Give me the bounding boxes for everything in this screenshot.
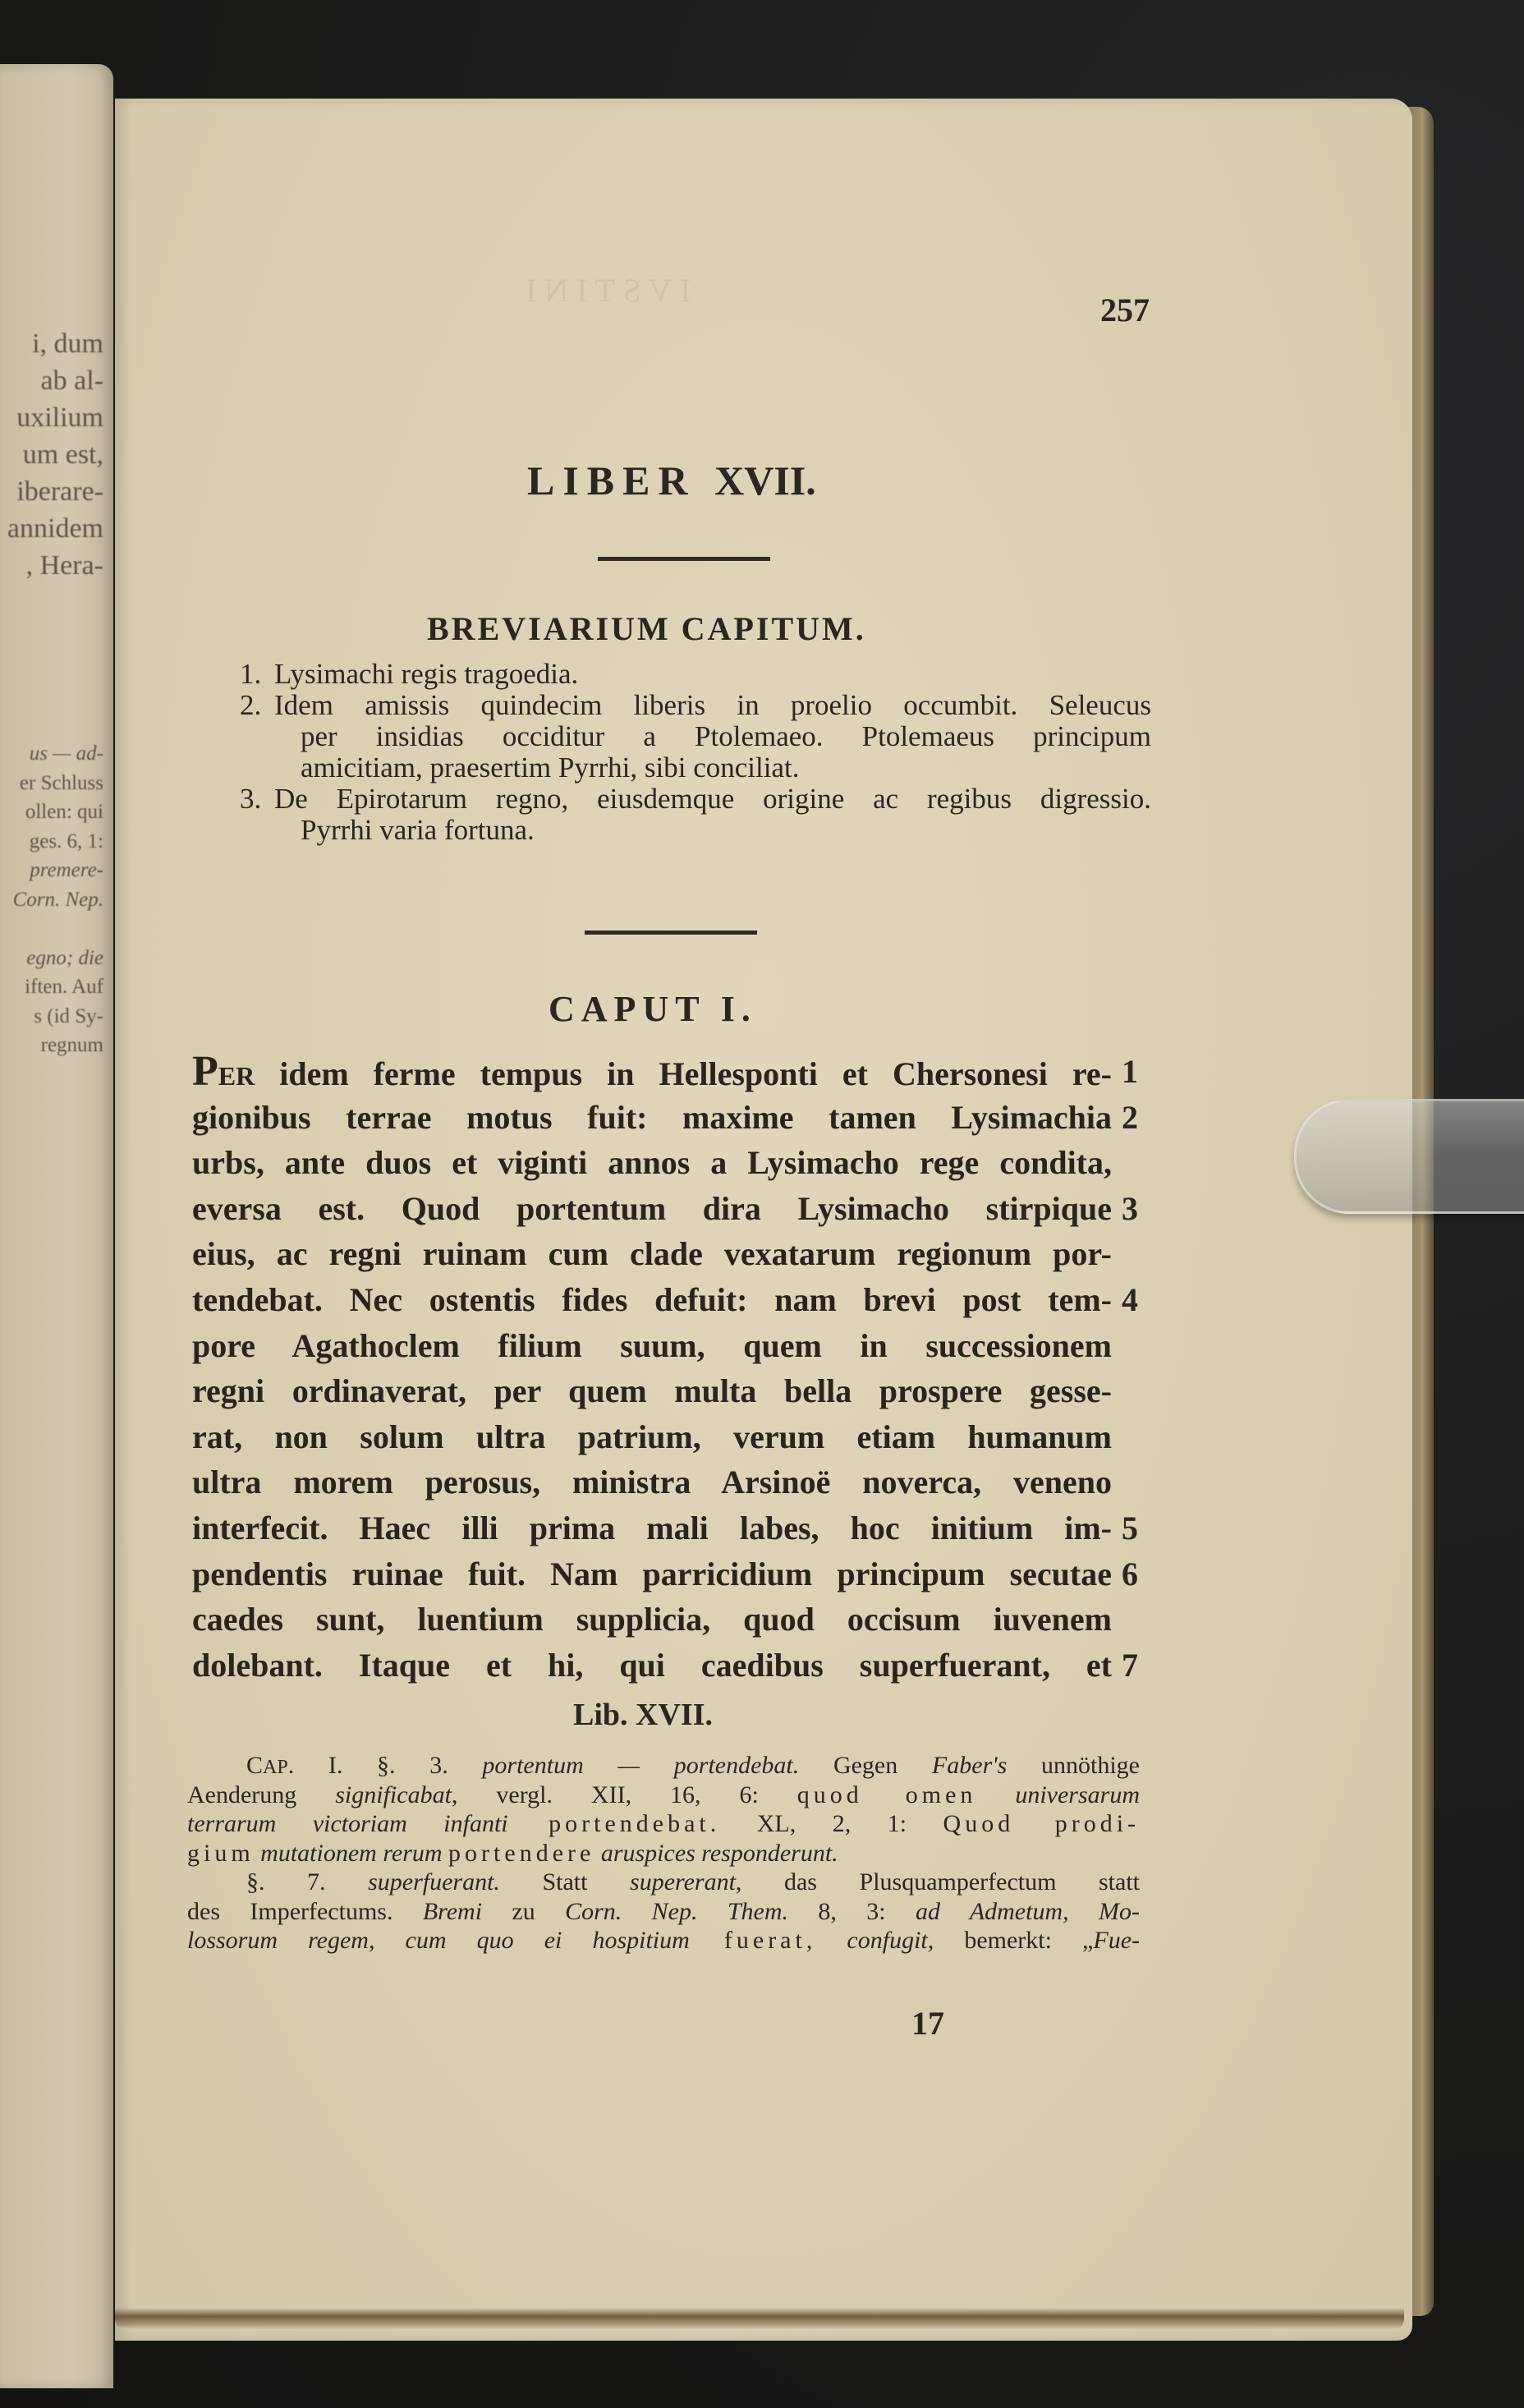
water-stain	[115, 2308, 1404, 2329]
item-number: 1.	[240, 659, 261, 690]
section-number: 2	[1122, 1095, 1138, 1141]
body-line: urbs, ante duos et viginti annos a Lysim…	[192, 1140, 1112, 1186]
text: unnöthige	[1007, 1752, 1140, 1779]
text: Aenderung	[187, 1781, 335, 1808]
body-line: pendentis ruinae fuit. Nam parricidium p…	[192, 1551, 1112, 1597]
left-page-note-fragment: Corn. Nep.	[13, 885, 103, 915]
left-page-fragment: uxilium	[16, 399, 103, 436]
footnotes: CAP. I. §. 3. portentum — portendebat. G…	[187, 1751, 1140, 1955]
footnote-line: lossorum regem, cum quo ei hospitium fue…	[187, 1926, 1140, 1955]
chapter-rule	[585, 931, 757, 935]
text: , vergl. XII, 16, 6:	[452, 1781, 797, 1808]
notes-heading: Lib. XVII.	[573, 1697, 713, 1733]
section-number: 6	[1122, 1551, 1138, 1597]
text: Statt	[500, 1868, 630, 1896]
footnote-line: terrarum victoriam infanti portendebat. …	[187, 1809, 1140, 1839]
body-line: tendebat. Nec ostentis fides defuit: nam…	[192, 1277, 1112, 1323]
italic-text: significabat	[335, 1781, 452, 1808]
body-line: interfecit. Haec illi prima mali labes, …	[192, 1505, 1112, 1551]
page-number: 257	[1100, 291, 1150, 329]
text: Gegen	[799, 1752, 932, 1779]
left-page-note-fragment: er Schluss	[20, 769, 103, 798]
left-page-note-fragment: egno; die	[26, 944, 103, 973]
breviarium-item: 1.Lysimachi regis tragoedia.	[240, 659, 1151, 690]
section-number: 7	[1122, 1643, 1138, 1689]
breviarium-item: 3.De Epirotarum regno, eiusdemque origin…	[240, 784, 1151, 846]
text: §. 7.	[246, 1868, 368, 1896]
left-page-note-fragment: ollen: qui	[25, 797, 103, 827]
left-page-fragment: , Hera-	[26, 547, 103, 584]
body-line: regni ordinaverat, per quem multa bella …	[192, 1368, 1112, 1414]
italic-text: superfuerant.	[368, 1868, 500, 1896]
spaced-text: Quod prodi-	[943, 1810, 1140, 1837]
italic-text: Bremi	[423, 1898, 482, 1925]
italic-text: portentum — portendebat.	[482, 1752, 799, 1779]
bookmark-clip	[1294, 1099, 1524, 1214]
body-line: rat, non solum ultra patrium, verum etia…	[192, 1414, 1112, 1460]
book-title-word: LIBER	[527, 457, 696, 503]
left-page-note-fragment: s (id Sy-	[34, 1002, 103, 1032]
italic-text: terrarum victoriam infanti	[187, 1810, 508, 1837]
section-number: 5	[1122, 1505, 1138, 1551]
footnote-line: gium mutationem rerum portendere aruspic…	[187, 1839, 1140, 1868]
previous-page-edge: i, dumab al-uxiliumum est,iberare-annide…	[0, 64, 113, 2388]
italic-text: confugit,	[816, 1927, 934, 1954]
left-page-fragment: annidem	[7, 510, 103, 547]
italic-text: mutationem rerum	[255, 1840, 448, 1867]
item-text-line: Idem amissis quindecim liberis in proeli…	[274, 690, 1151, 721]
item-text-line: amicitiam, praesertim Pyrrhi, sibi conci…	[274, 752, 1151, 784]
chapter-title: CAPUT I.	[549, 988, 757, 1030]
title-rule	[598, 557, 770, 561]
item-number: 3.	[240, 784, 261, 815]
body-line: dolebant. Itaque et hi, qui caedibus sup…	[192, 1643, 1112, 1689]
italic-text: lossorum regem, cum quo ei hospitium	[187, 1927, 690, 1954]
book-title-number: XVII.	[714, 457, 816, 503]
book-title: LIBER XVII.	[527, 457, 816, 504]
italic-text: Fue-	[1093, 1927, 1140, 1954]
text: zu	[482, 1898, 565, 1925]
italic-text: Corn. Nep. Them.	[565, 1898, 788, 1925]
body-line: eius, ac regni ruinam cum clade vexataru…	[192, 1231, 1112, 1277]
text: XL, 2, 1:	[720, 1810, 943, 1837]
item-text-line: per insidias occiditur a Ptolemaeo. Ptol…	[274, 721, 1151, 752]
italic-text: ad Admetum, Mo-	[916, 1898, 1140, 1925]
drop-cap: P	[192, 1048, 218, 1095]
italic-text: supererant	[630, 1868, 736, 1896]
breviarium-heading: BREVIARIUM CAPITUM.	[427, 609, 866, 648]
left-page-note-fragment: premere-	[30, 856, 103, 885]
spaced-text: portendebat.	[508, 1810, 721, 1837]
breviarium-item: 2.Idem amissis quindecim liberis in proe…	[240, 690, 1151, 784]
item-text-line: De Epirotarum regno, eiusdemque origine …	[274, 784, 1151, 815]
body-line: pore Agathoclem filium suum, quem in suc…	[192, 1323, 1112, 1369]
left-page-fragment: ab al-	[41, 362, 103, 399]
small-caps: AP	[263, 1757, 288, 1778]
left-page-fragment: um est,	[23, 436, 103, 473]
small-caps: ER	[218, 1061, 255, 1091]
italic-text: aruspices responderunt.	[594, 1840, 838, 1867]
left-page-fragment: i, dum	[32, 325, 103, 362]
left-page-note-fragment: us — ad-	[30, 739, 103, 769]
item-number: 2.	[240, 690, 261, 721]
body-line: PER idem ferme tempus in Hellesponti et …	[192, 1049, 1112, 1095]
footnote-line: CAP. I. §. 3. portentum — portendebat. G…	[187, 1751, 1140, 1781]
italic-text: universarum	[976, 1781, 1140, 1808]
body-line: eversa est. Quod portentum dira Lysimach…	[192, 1186, 1112, 1232]
spaced-text: fuerat,	[690, 1927, 817, 1954]
item-text-line: Lysimachi regis tragoedia.	[274, 659, 1151, 690]
body-line: gionibus terrae motus fuit: maxime tamen…	[192, 1095, 1112, 1141]
left-page-note-fragment: regnum	[41, 1031, 103, 1060]
chapter-body: PER idem ferme tempus in Hellesponti et …	[192, 1049, 1112, 1688]
spaced-text: gium	[187, 1840, 255, 1867]
section-number: 4	[1122, 1277, 1138, 1323]
italic-text: Faber's	[932, 1752, 1007, 1779]
item-text-line: Pyrrhi varia fortuna.	[274, 815, 1151, 846]
spaced-text: portendere	[448, 1840, 594, 1867]
left-page-note-fragment: iften. Auf	[25, 972, 103, 1002]
left-page-note-fragment: ges. 6, 1:	[30, 827, 103, 857]
section-number: 3	[1122, 1186, 1138, 1232]
breviarium-list: 1.Lysimachi regis tragoedia.2.Idem amiss…	[240, 659, 1151, 846]
text: des Imperfectums.	[187, 1898, 423, 1925]
footnote-line: des Imperfectums. Bremi zu Corn. Nep. Th…	[187, 1897, 1140, 1927]
text: C	[246, 1752, 263, 1779]
spaced-text: quod omen	[797, 1781, 977, 1808]
body-line: ultra morem perosus, ministra Arsinoë no…	[192, 1459, 1112, 1505]
body-line: caedes sunt, luentium supplicia, quod oc…	[192, 1597, 1112, 1643]
footnote-line: §. 7. superfuerant. Statt supererant, da…	[187, 1868, 1140, 1897]
signature-mark: 17	[911, 2004, 944, 2043]
footnote-line: Aenderung significabat, vergl. XII, 16, …	[187, 1781, 1140, 1810]
text: 8, 3:	[788, 1898, 916, 1925]
text: , das Plusquamperfectum statt	[736, 1868, 1140, 1896]
text: bemerkt: „	[934, 1927, 1093, 1954]
text: . I. §. 3.	[288, 1752, 483, 1779]
left-page-fragment: iberare-	[16, 473, 103, 510]
section-number: 1	[1122, 1049, 1138, 1095]
bleed-through-text: I V S T I N I	[526, 271, 691, 310]
